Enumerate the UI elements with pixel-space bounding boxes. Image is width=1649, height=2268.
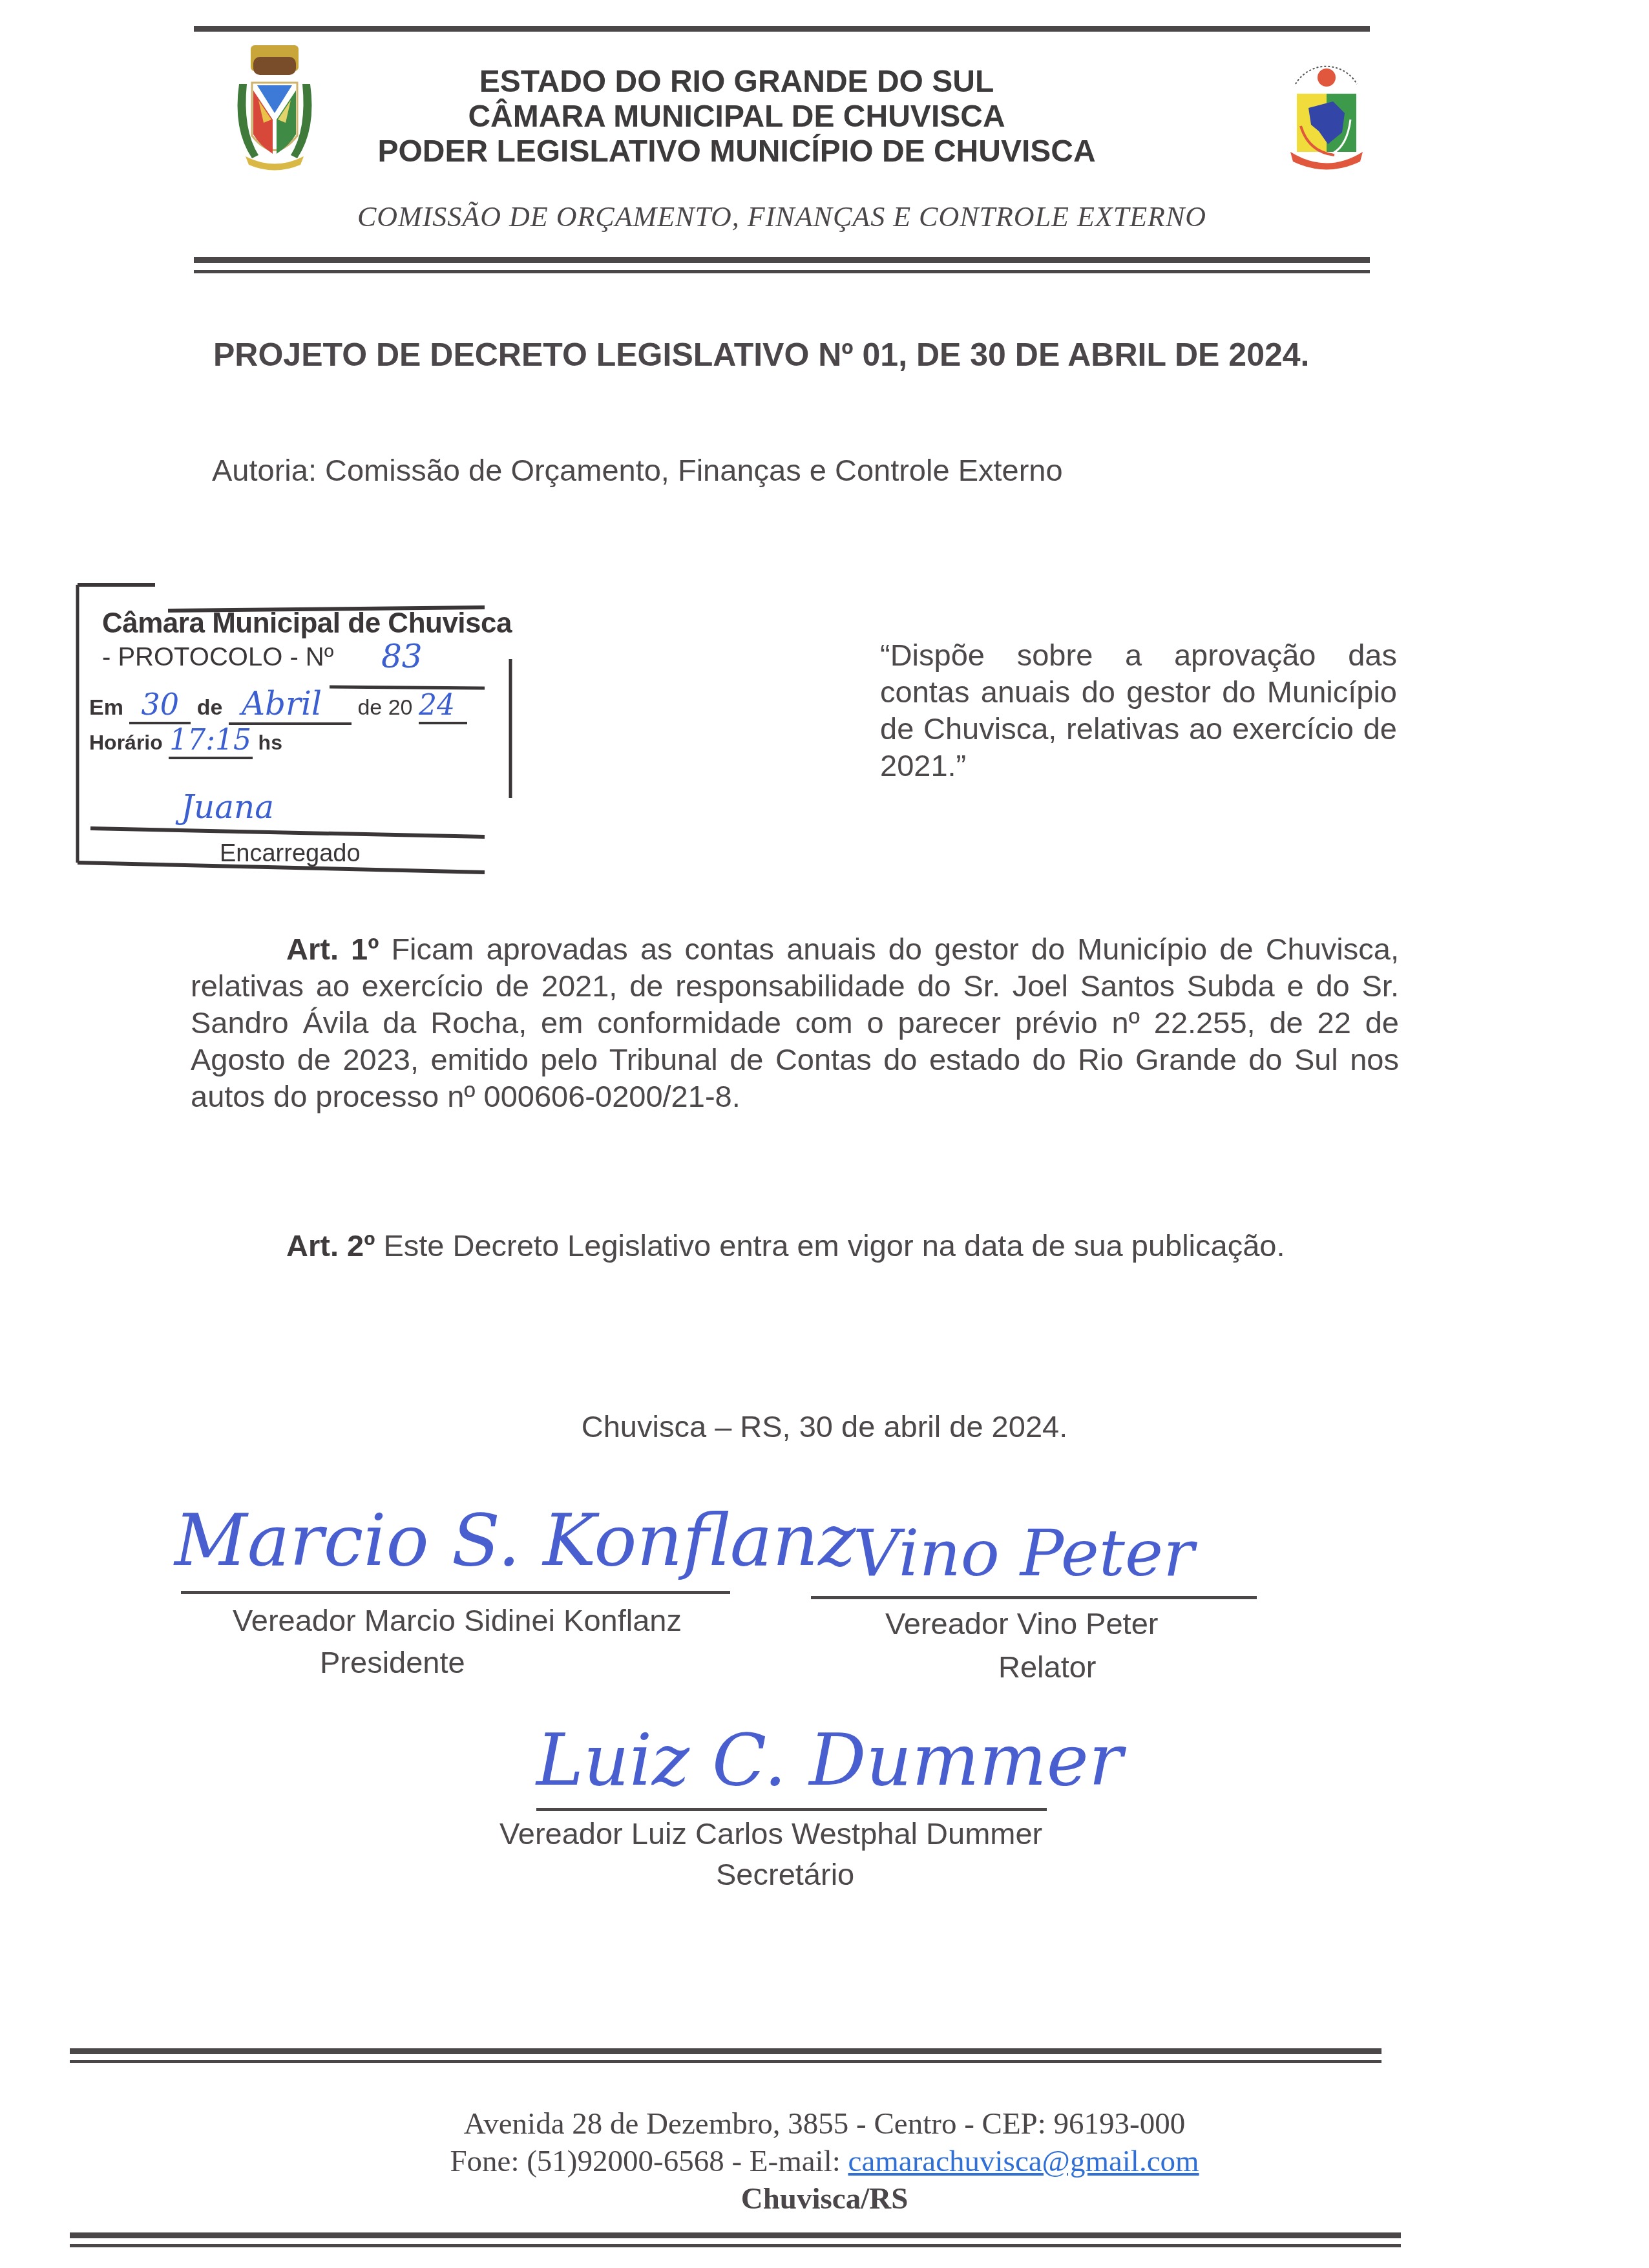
left-coat-of-arms-logo — [226, 39, 323, 174]
stamp-em-label: Em — [89, 695, 123, 720]
footer-phone: Fone: (51)92000-6568 - E-mail: — [450, 2145, 848, 2178]
stamp-time-row: Horário 17:15 hs — [89, 724, 282, 759]
article-2: Art. 2º Este Decreto Legislativo entra e… — [286, 1228, 1285, 1263]
stamp-month: Abril — [229, 685, 352, 725]
stamp-time: 17:15 — [169, 724, 253, 759]
footer-top-rule-thin — [70, 2060, 1381, 2063]
header-chamber: CÂMARA MUNICIPAL DE CHUVISCA — [336, 100, 1137, 134]
signature-line-president — [181, 1591, 730, 1594]
footer-address: Avenida 28 de Dezembro, 3855 - Centro - … — [0, 2106, 1649, 2141]
signatory-rapporteur-name: Vereador Vino Peter — [885, 1606, 1158, 1641]
signature-rapporteur-handwritten: Vino Peter — [853, 1515, 1194, 1591]
footer-email-link[interactable]: camarachuvisca@gmail.com — [848, 2145, 1199, 2178]
article-2-text: Este Decreto Legislativo entra em vigor … — [383, 1228, 1285, 1263]
protocol-stamp: Câmara Municipal de Chuvisca - PROTOCOLO… — [71, 578, 523, 888]
decree-summary: “Dispõe sobre a aprovação das contas anu… — [880, 636, 1397, 784]
signature-secretary-handwritten: Luiz C. Dummer — [536, 1719, 1123, 1801]
header-state: ESTADO DO RIO GRANDE DO SUL — [336, 65, 1137, 100]
signatory-secretary-role: Secretário — [716, 1856, 854, 1892]
stamp-org: Câmara Municipal de Chuvisca — [102, 607, 512, 640]
stamp-year-suffix: 24 — [419, 689, 467, 724]
stamp-role: Encarregado — [220, 840, 361, 868]
article-1-label: Art. 1º — [286, 932, 379, 966]
decree-authorship: Autoria: Comissão de Orçamento, Finanças… — [212, 452, 1063, 488]
footer-contact: Fone: (51)92000-6568 - E-mail: camarachu… — [0, 2144, 1649, 2179]
header-titles: ESTADO DO RIO GRANDE DO SUL CÂMARA MUNIC… — [336, 65, 1137, 169]
footer-city: Chuvisca/RS — [0, 2181, 1649, 2216]
stamp-protocol-label: - PROTOCOLO - Nº — [102, 643, 333, 672]
signature-president-handwritten: Marcio S. Konflanz — [174, 1499, 856, 1582]
footer-top-rule — [70, 2048, 1381, 2054]
decree-title: PROJETO DE DECRETO LEGISLATIVO Nº 01, DE… — [213, 336, 1309, 373]
coat-of-arms-icon — [226, 39, 323, 174]
header-legislative: PODER LEGISLATIVO MUNICÍPIO DE CHUVISCA — [336, 134, 1137, 169]
signatory-president-role: Presidente — [320, 1644, 465, 1680]
signatory-rapporteur-role: Relator — [998, 1649, 1097, 1685]
stamp-day: 30 — [129, 687, 191, 724]
stamp-year-prefix: de 20 — [357, 695, 412, 720]
stamp-signature: Juana — [181, 788, 274, 826]
stamp-time-unit: hs — [258, 731, 282, 754]
article-2-label: Art. 2º — [286, 1228, 375, 1263]
committee-name: COMISSÃO DE ORÇAMENTO, FINANÇAS E CONTRO… — [194, 200, 1370, 233]
footer-bottom-rule — [70, 2232, 1401, 2238]
right-legislative-emblem-logo — [1283, 48, 1370, 171]
article-1: Art. 1º Ficam aprovadas as contas anuais… — [191, 930, 1399, 1115]
footer-bottom-rule-thin — [70, 2244, 1401, 2247]
signature-line-rapporteur — [811, 1596, 1257, 1599]
stamp-date-row: Em 30 de Abril de 20 24 — [89, 685, 467, 725]
signature-line-secretary — [536, 1808, 1047, 1811]
stamp-de-label: de — [197, 695, 223, 720]
legislative-emblem-icon — [1283, 48, 1370, 171]
header-bottom-rule-thin — [194, 270, 1370, 273]
stamp-time-label: Horário — [89, 731, 163, 754]
header-top-rule — [194, 26, 1370, 32]
signatory-secretary-name: Vereador Luiz Carlos Westphal Dummer — [499, 1816, 1042, 1851]
stamp-protocol-number: 83 — [381, 638, 423, 675]
place-date: Chuvisca – RS, 30 de abril de 2024. — [0, 1409, 1649, 1444]
signatory-president-name: Vereador Marcio Sidinei Konflanz — [233, 1602, 682, 1638]
header-bottom-rule — [194, 257, 1370, 263]
